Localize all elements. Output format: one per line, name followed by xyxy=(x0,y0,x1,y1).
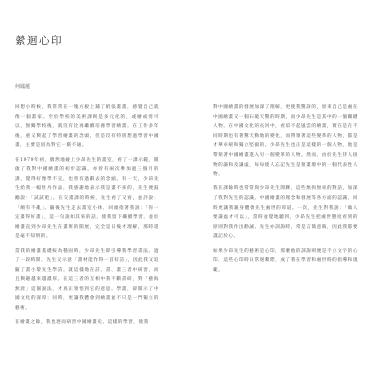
paragraph: 回想小時候，我常常在一塊方板上鋪了紙張畫畫，感覺自己就像一個畫家。至於學校的美術… xyxy=(15,103,159,151)
right-column: 對中國繪畫的發展加深了理解，更使我驚訝的，原來自己是處在中國繪畫又一個石破天驚的… xyxy=(213,103,358,280)
left-column: 回想小時候，我常常在一塊方板上鋪了紙張畫畫，感覺自己就像一個畫家。至於學校的美術… xyxy=(15,103,159,332)
paragraph: 對中國繪畫的發展加深了理解，更使我驚訝的，原來自己是處在中國繪畫又一個石破天驚的… xyxy=(213,103,358,180)
document-title: 縈迴心印 xyxy=(15,33,63,48)
paragraph: 在1979年初，偶然地碰上少昂先生的畫室，看了一課示範，開啟了我對中國繪畫的初步… xyxy=(15,156,159,242)
paragraph: 我在課餘時也常常與少昂先生閒聊，這些無拘無束的對話，加深了我對先生的認識。中國繪… xyxy=(213,184,358,242)
paragraph: 如果少昂先生的藝術是心印，那麼他的訓誨則便是不立文字的心印，這些心印時日常迴縈際… xyxy=(213,247,358,276)
paragraph: 當我的繪畫基礎較為穩固時，少昂先生即引導我學習書法。過了一段時間，先生又示意「畫… xyxy=(15,247,159,314)
author-name: 何鳳蓮 xyxy=(15,83,30,90)
paragraph: 在繪畫之餘，我也逐而研習中國繪畫史。這樣的學習，使我 xyxy=(15,318,159,328)
